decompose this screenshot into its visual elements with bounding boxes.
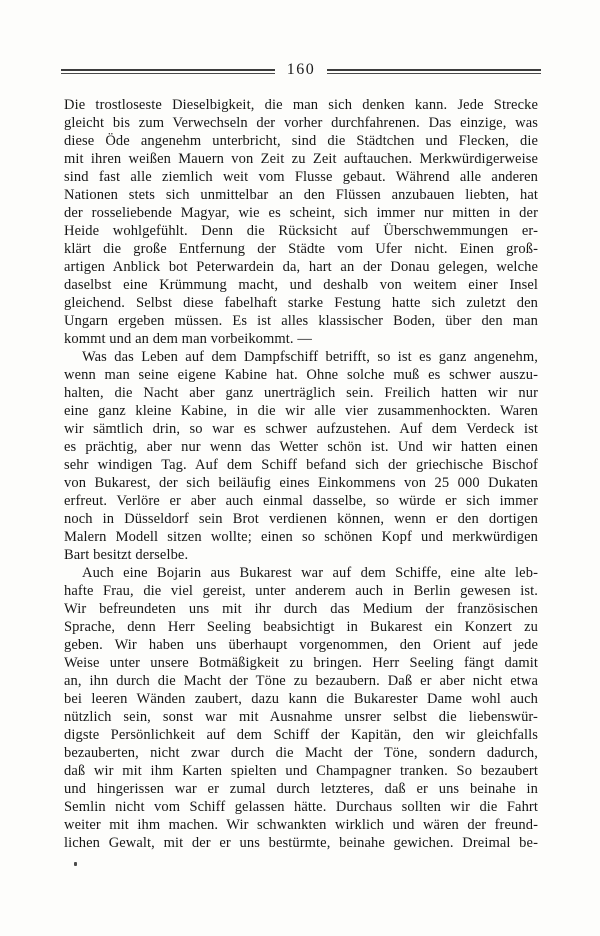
running-head: 160 <box>61 63 541 79</box>
text-line-p3-6: Weise unter unsere Botmäßigkeit zu bring… <box>64 654 538 672</box>
book-page: 160 Die trostloseste Dieselbigkeit, die … <box>0 0 600 936</box>
text-line-p1-1: Die trostloseste Dieselbigkeit, die man … <box>64 96 538 114</box>
text-line-p1-4: mit ihren weißen Mauern von Zeit zu Zeit… <box>64 150 538 168</box>
text-line-p2-10: noch in Düsseldorf sein Brot verdienen k… <box>64 510 538 528</box>
text-line-p2-1: Was das Leben auf dem Dampfschiff betrif… <box>64 348 538 366</box>
text-line-p1-9: klärt die große Entfernung der Städte vo… <box>64 240 538 258</box>
text-line-p2-11: Malern Modell sitzen wollte; einen so sc… <box>64 528 538 546</box>
text-line-p3-12: daß wir mit ihm Karten spielten und Cham… <box>64 762 538 780</box>
text-line-p1-7: der rosseliebende Magyar, wie es scheint… <box>64 204 538 222</box>
text-line-p3-9: nützlich sein, sonst war mit Ausnahme un… <box>64 708 538 726</box>
text-line-p2-7: sehr windigen Tag. Auf dem Schiff befand… <box>64 456 538 474</box>
text-line-p3-2: hafte Frau, die viel gereist, unter ande… <box>64 582 538 600</box>
text-line-p2-5: wir sämtlich drin, so war es schwer aufz… <box>64 420 538 438</box>
text-line-p1-12: gleichend. Selbst diese fabelhaft starke… <box>64 294 538 312</box>
text-line-p2-8: von Bukarest, der sich beiläufig eines E… <box>64 474 538 492</box>
text-line-p1-3: diese Öde angenehm unterbricht, sind die… <box>64 132 538 150</box>
text-line-p1-13: Ungarn ergeben müssen. Es ist alles klas… <box>64 312 538 330</box>
text-line-p3-16: lichen Gewalt, mit der er uns bestürmte,… <box>64 834 538 852</box>
header-rule-left <box>61 69 275 74</box>
text-line-p3-15: weiter mit ihm machen. Wir schwankten wi… <box>64 816 538 834</box>
text-line-p3-11: bezauberten, nicht zwar durch die Macht … <box>64 744 538 762</box>
text-line-p1-14: kommt und an dem man vorbeikommt. — <box>64 330 538 348</box>
text-line-p1-5: sind fast alle ziemlich weit vom Flusse … <box>64 168 538 186</box>
text-line-p2-6: es prächtig, aber nur wenn das Wetter sc… <box>64 438 538 456</box>
text-line-p1-11: daselbst eine Krümmung macht, und deshal… <box>64 276 538 294</box>
text-line-p3-10: digste Persönlichkeit auf dem Schiff der… <box>64 726 538 744</box>
page-number: 160 <box>275 62 328 78</box>
text-line-p3-14: Semlin nicht vom Schiff gelassen hätte. … <box>64 798 538 816</box>
text-line-p2-3: halten, die Nacht aber ganz unerträglich… <box>64 384 538 402</box>
text-line-p3-13: und hingerissen war er zumal durch letzt… <box>64 780 538 798</box>
scan-artifact-speck <box>74 862 77 866</box>
text-line-p2-12: Bart besitzt derselbe. <box>64 546 538 564</box>
text-block: Die trostloseste Dieselbigkeit, die man … <box>64 96 538 852</box>
text-line-p1-10: artigen Anblick bot Peterwardein da, har… <box>64 258 538 276</box>
text-line-p3-4: Sprache, denn Herr Seeling beabsichtigt … <box>64 618 538 636</box>
text-line-p3-5: geben. Wir haben uns überhaupt vorgenomm… <box>64 636 538 654</box>
text-line-p3-8: bei leeren Wänden zaubert, dazu kann die… <box>64 690 538 708</box>
text-line-p1-6: Nationen stets sich unmittelbar an den F… <box>64 186 538 204</box>
text-line-p3-3: Wir befreundeten uns mit ihr durch das M… <box>64 600 538 618</box>
text-line-p3-1: Auch eine Bojarin aus Bukarest war auf d… <box>64 564 538 582</box>
header-rule-right <box>327 69 541 74</box>
text-line-p1-2: gleicht bis zum Verwechseln der vorher d… <box>64 114 538 132</box>
text-line-p3-7: an, ihn durch die Macht der Töne zu beza… <box>64 672 538 690</box>
text-line-p1-8: Heide wohlgefühlt. Denn die Rücksicht au… <box>64 222 538 240</box>
text-line-p2-4: eine ganz kleine Kabine, in die wir alle… <box>64 402 538 420</box>
text-line-p2-2: wenn man seine eigene Kabine hat. Ohne s… <box>64 366 538 384</box>
text-line-p2-9: erfreut. Verlöre er aber auch einmal das… <box>64 492 538 510</box>
